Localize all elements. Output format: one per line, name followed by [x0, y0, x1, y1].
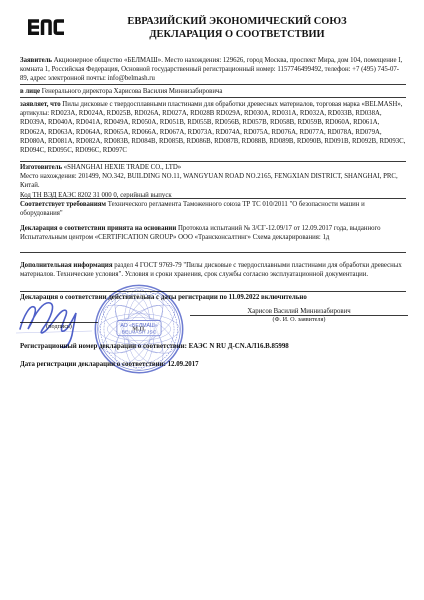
divider — [20, 252, 406, 253]
additional-info-label: Дополнительная информация — [20, 262, 113, 269]
registration-number-value: ЕАЭС N RU Д-CN.АЛ16.В.85998 — [187, 343, 289, 350]
manufacturer-address: Место нахождения: 201499, NO.342, BUILDI… — [20, 172, 406, 190]
applicant-full-name: Харисов Василий Миннизабирович — [190, 308, 408, 315]
stamp-company-en: BELMASH JSC — [122, 329, 157, 335]
eac-mark-icon — [28, 13, 64, 43]
manufacturer-name-line: Изготовитель «SHANGHAI HEXIE TRADE CO., … — [20, 163, 406, 172]
registration-date-label: Дата регистрации декларации о соответств… — [20, 361, 166, 368]
validity-line: Декларация о соответствии действительна … — [20, 293, 406, 302]
title-line-1: ЕВРАЗИЙСКИЙ ЭКОНОМИЧЕСКИЙ СОЮЗ — [80, 15, 394, 28]
basis-label: Декларация о соответствии принята на осн… — [20, 225, 176, 232]
page-title: ЕВРАЗИЙСКИЙ ЭКОНОМИЧЕСКИЙ СОЮЗ ДЕКЛАРАЦИ… — [80, 15, 394, 41]
registration-date-value: 12.09.2017 — [166, 361, 199, 368]
divider — [20, 198, 406, 199]
represented-by-paragraph: в лице Генерального директора Харисова В… — [20, 87, 406, 96]
declares-label: заявляет, что — [20, 101, 61, 108]
signature-caption: (подпись) — [20, 323, 98, 330]
additional-info-paragraph: Дополнительная информация раздел 4 ГОСТ … — [20, 261, 406, 279]
registration-number-line: Регистрационный номер декларации о соотв… — [20, 342, 406, 351]
compliance-label: Соответствует требованиям — [20, 201, 106, 208]
represented-by-label: в лице — [20, 88, 40, 95]
signature-line-right: Харисов Василий Миннизабирович (Ф. И. О.… — [190, 308, 408, 323]
applicant-label: Заявитель — [20, 57, 52, 64]
divider — [20, 161, 406, 162]
stamp-mp-mark: М.П. — [132, 327, 146, 333]
manufacturer-label: Изготовитель — [20, 164, 62, 171]
registration-number-label: Регистрационный номер декларации о соотв… — [20, 343, 187, 350]
registration-date-line: Дата регистрации декларации о соответств… — [20, 360, 406, 369]
stamp-company-ru: АО «БЕЛМАШ» — [120, 323, 157, 329]
basis-paragraph: Декларация о соответствии принята на осн… — [20, 224, 406, 242]
declaration-document: ЕВРАЗИЙСКИЙ ЭКОНОМИЧЕСКИЙ СОЮЗ ДЕКЛАРАЦИ… — [0, 0, 424, 600]
divider — [20, 84, 406, 85]
title-line-2: ДЕКЛАРАЦИЯ О СООТВЕТСТВИИ — [80, 28, 394, 41]
represented-by-text: Генерального директора Харисова Василия … — [40, 88, 222, 95]
declares-text: Пилы дисковые с твердосплавными пластина… — [20, 101, 405, 154]
applicant-text: Акционерное общество «БЕЛМАШ». Место нах… — [20, 57, 402, 82]
divider — [20, 291, 406, 292]
manufacturer-block: Изготовитель «SHANGHAI HEXIE TRADE CO., … — [20, 163, 406, 200]
signature-line-left: (подпись) — [20, 322, 98, 330]
applicant-paragraph: Заявитель Акционерное общество «БЕЛМАШ».… — [20, 56, 406, 84]
name-caption: (Ф. И. О. заявителя) — [190, 316, 408, 323]
divider — [20, 97, 406, 98]
declares-paragraph: заявляет, что Пилы дисковые с твердоспла… — [20, 100, 406, 155]
compliance-paragraph: Соответствует требованиям Технического р… — [20, 200, 406, 218]
manufacturer-name: «SHANGHAI HEXIE TRADE CO., LTD» — [62, 164, 181, 171]
